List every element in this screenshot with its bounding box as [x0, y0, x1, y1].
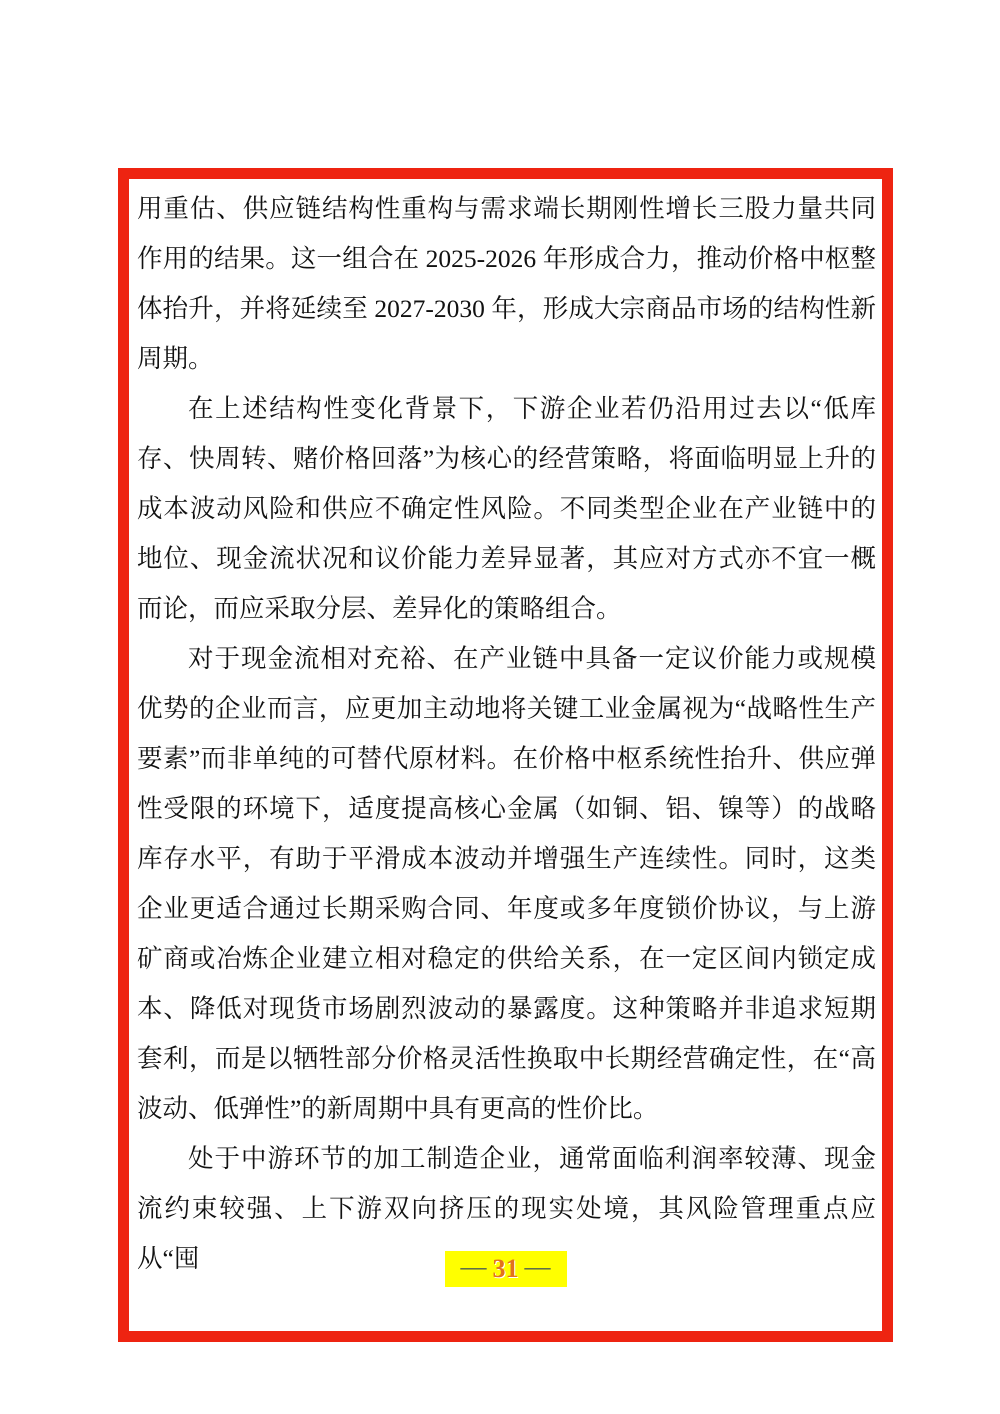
page-footer: —31— — [129, 1251, 882, 1287]
paragraph: 用重估、供应链结构性重构与需求端长期刚性增长三股力量共同作用的结果。这一组合在 … — [137, 184, 876, 384]
red-border-frame: 用重估、供应链结构性重构与需求端长期刚性增长三股力量共同作用的结果。这一组合在 … — [118, 168, 893, 1342]
paragraph: 对于现金流相对充裕、在产业链中具备一定议价能力或规模优势的企业而言，应更加主动地… — [137, 634, 876, 1134]
body-paragraphs: 用重估、供应链结构性重构与需求端长期刚性增长三股力量共同作用的结果。这一组合在 … — [137, 184, 876, 1284]
page-number-highlight: —31— — [445, 1251, 567, 1287]
paragraph: 在上述结构性变化背景下，下游企业若仍沿用过去以“低库存、快周转、赌价格回落”为核… — [137, 384, 876, 634]
footer-left-dash: — — [461, 1252, 487, 1281]
footer-right-dash: — — [525, 1252, 551, 1281]
page-number: 31 — [493, 1254, 519, 1283]
document-page: 用重估、供应链结构性重构与需求端长期刚性增长三股力量共同作用的结果。这一组合在 … — [0, 0, 1000, 1414]
